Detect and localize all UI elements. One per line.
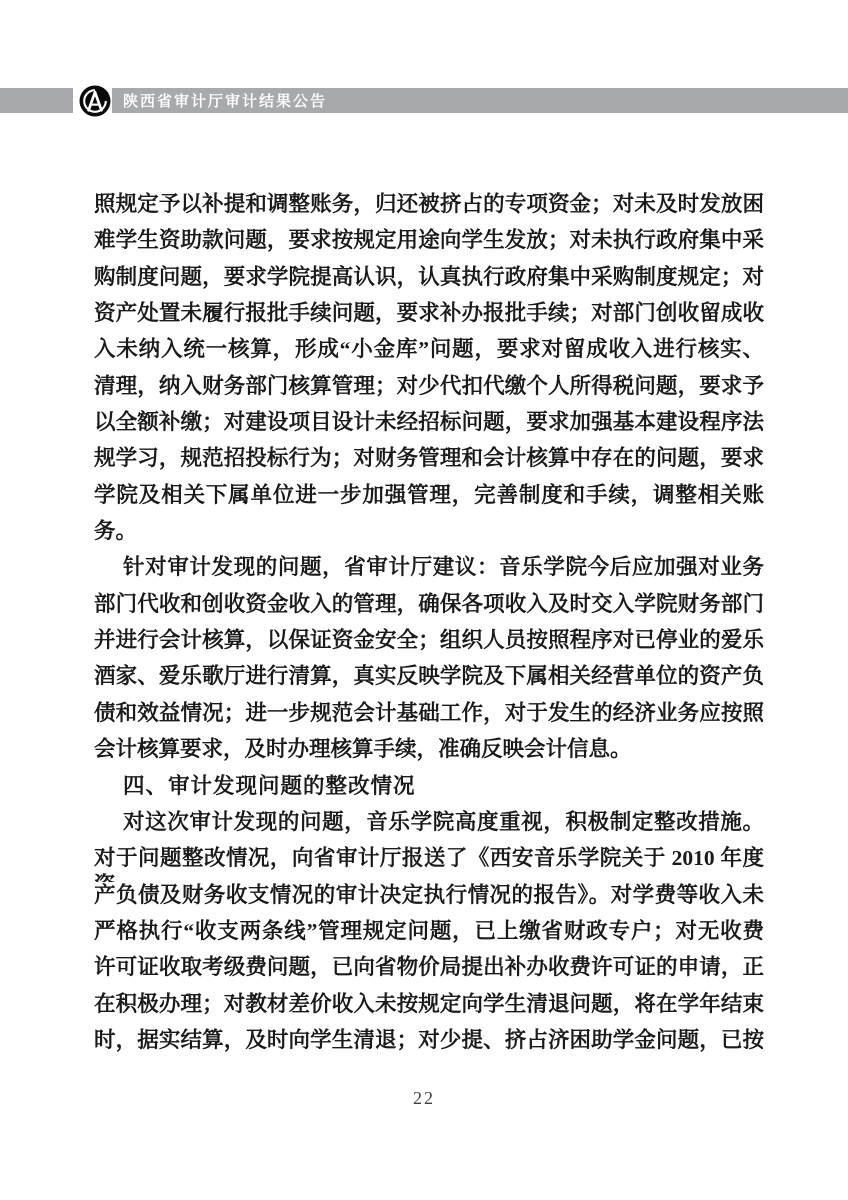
text-line: 时，据实结算，及时向学生清退；对少提、挤占济困助学金问题，已按 bbox=[94, 1027, 764, 1063]
text-line: 清理，纳入财务部门核算管理；对少代扣代缴个人所得税问题，要求予 bbox=[94, 373, 764, 409]
text-line: 入未纳入统一核算，形成“小金库”问题，要求对留成收入进行核实、 bbox=[94, 336, 764, 372]
text-line: 严格执行“收支两条线”管理规定问题，已上缴省财政专户；对无收费 bbox=[94, 918, 764, 954]
text-line: 酒家、爱乐歌厅进行清算，真实反映学院及下属相关经营单位的资产负 bbox=[94, 663, 764, 699]
text-line: 在积极办理；对教材差价收入未按规定向学生清退问题，将在学年结束 bbox=[94, 991, 764, 1027]
text-line: 规学习，规范招投标行为；对财务管理和会计核算中存在的问题，要求 bbox=[94, 445, 764, 481]
text-line: 产负债及财务收支情况的审计决定执行情况的报告》。对学费等收入未 bbox=[94, 882, 764, 918]
text-line: 照规定予以补提和调整账务，归还被挤占的专项资金；对未及时发放困 bbox=[94, 191, 764, 227]
page-number: 22 bbox=[0, 1088, 848, 1109]
text-line: 针对审计发现的问题，省审计厅建议：音乐学院今后应加强对业务 bbox=[94, 554, 764, 590]
text-line: 部门代收和创收资金收入的管理，确保各项收入及时交入学院财务部门 bbox=[94, 591, 764, 627]
text-line: 债和效益情况；进一步规范会计基础工作，对于发生的经济业务应按照 bbox=[94, 700, 764, 736]
text-line: 对这次审计发现的问题，音乐学院高度重视，积极制定整改措施。 bbox=[94, 809, 764, 845]
text-line: 资产处置未履行报批手续问题，要求补办报批手续；对部门创收留成收 bbox=[94, 300, 764, 336]
text-line: 难学生资助款问题，要求按规定用途向学生发放；对未执行政府集中采 bbox=[94, 227, 764, 263]
text-line: 对于问题整改情况，向省审计厅报送了《西安音乐学院关于 2010 年度资 bbox=[94, 845, 764, 881]
text-line: 务。 bbox=[94, 518, 764, 554]
header-title: 陕西省审计厅审计结果公告 bbox=[112, 90, 327, 111]
text-line: 购制度问题，要求学院提高认识，认真执行政府集中采购制度规定；对 bbox=[94, 264, 764, 300]
section-heading: 四、审计发现问题的整改情况 bbox=[94, 773, 764, 809]
header-bar-left-segment bbox=[0, 88, 73, 113]
text-line: 以全额补缴；对建设项目设计未经招标问题，要求加强基本建设程序法 bbox=[94, 409, 764, 445]
audit-emblem-icon bbox=[79, 85, 111, 117]
text-line: 学院及相关下属单位进一步加强管理，完善制度和手续，调整相关账 bbox=[94, 482, 764, 518]
document-body-text: 照规定予以补提和调整账务，归还被挤占的专项资金；对未及时发放困 难学生资助款问题… bbox=[94, 191, 764, 1063]
text-line: 并进行会计核算，以保证资金安全；组织人员按照程序对已停业的爱乐 bbox=[94, 627, 764, 663]
text-line: 会计核算要求，及时办理核算手续，准确反映会计信息。 bbox=[94, 736, 764, 772]
header-bar: 陕西省审计厅审计结果公告 bbox=[112, 88, 848, 113]
text-line: 许可证收取考级费问题，已向省物价局提出补办收费许可证的申请，正 bbox=[94, 954, 764, 990]
